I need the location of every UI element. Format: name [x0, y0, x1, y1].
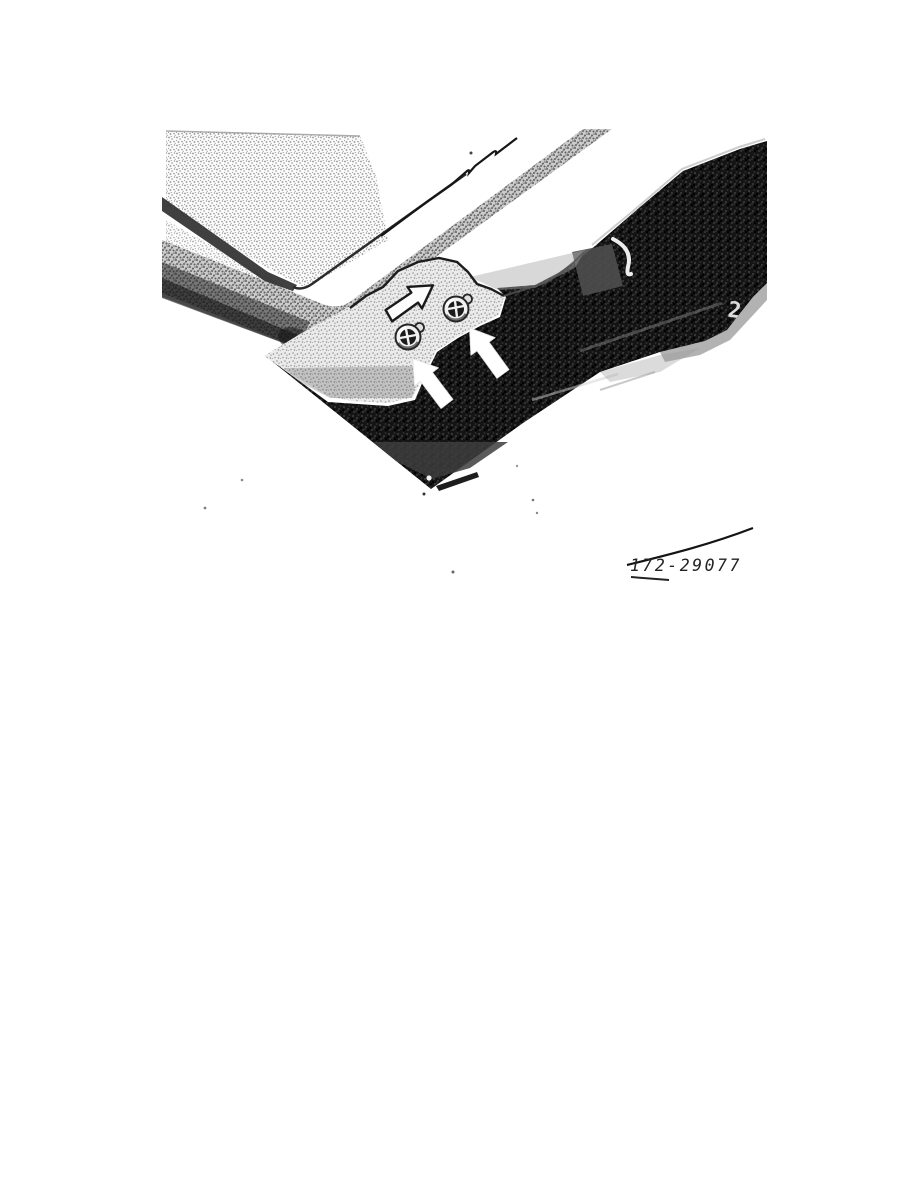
- figure-number-group: 172-29077: [627, 528, 753, 580]
- figure-number-underline: [631, 577, 669, 580]
- figure-photo: 2: [0, 0, 918, 1188]
- manual-page: 2: [0, 0, 918, 1188]
- figure-number: 172-29077: [630, 556, 742, 575]
- scratch-line: [381, 138, 517, 236]
